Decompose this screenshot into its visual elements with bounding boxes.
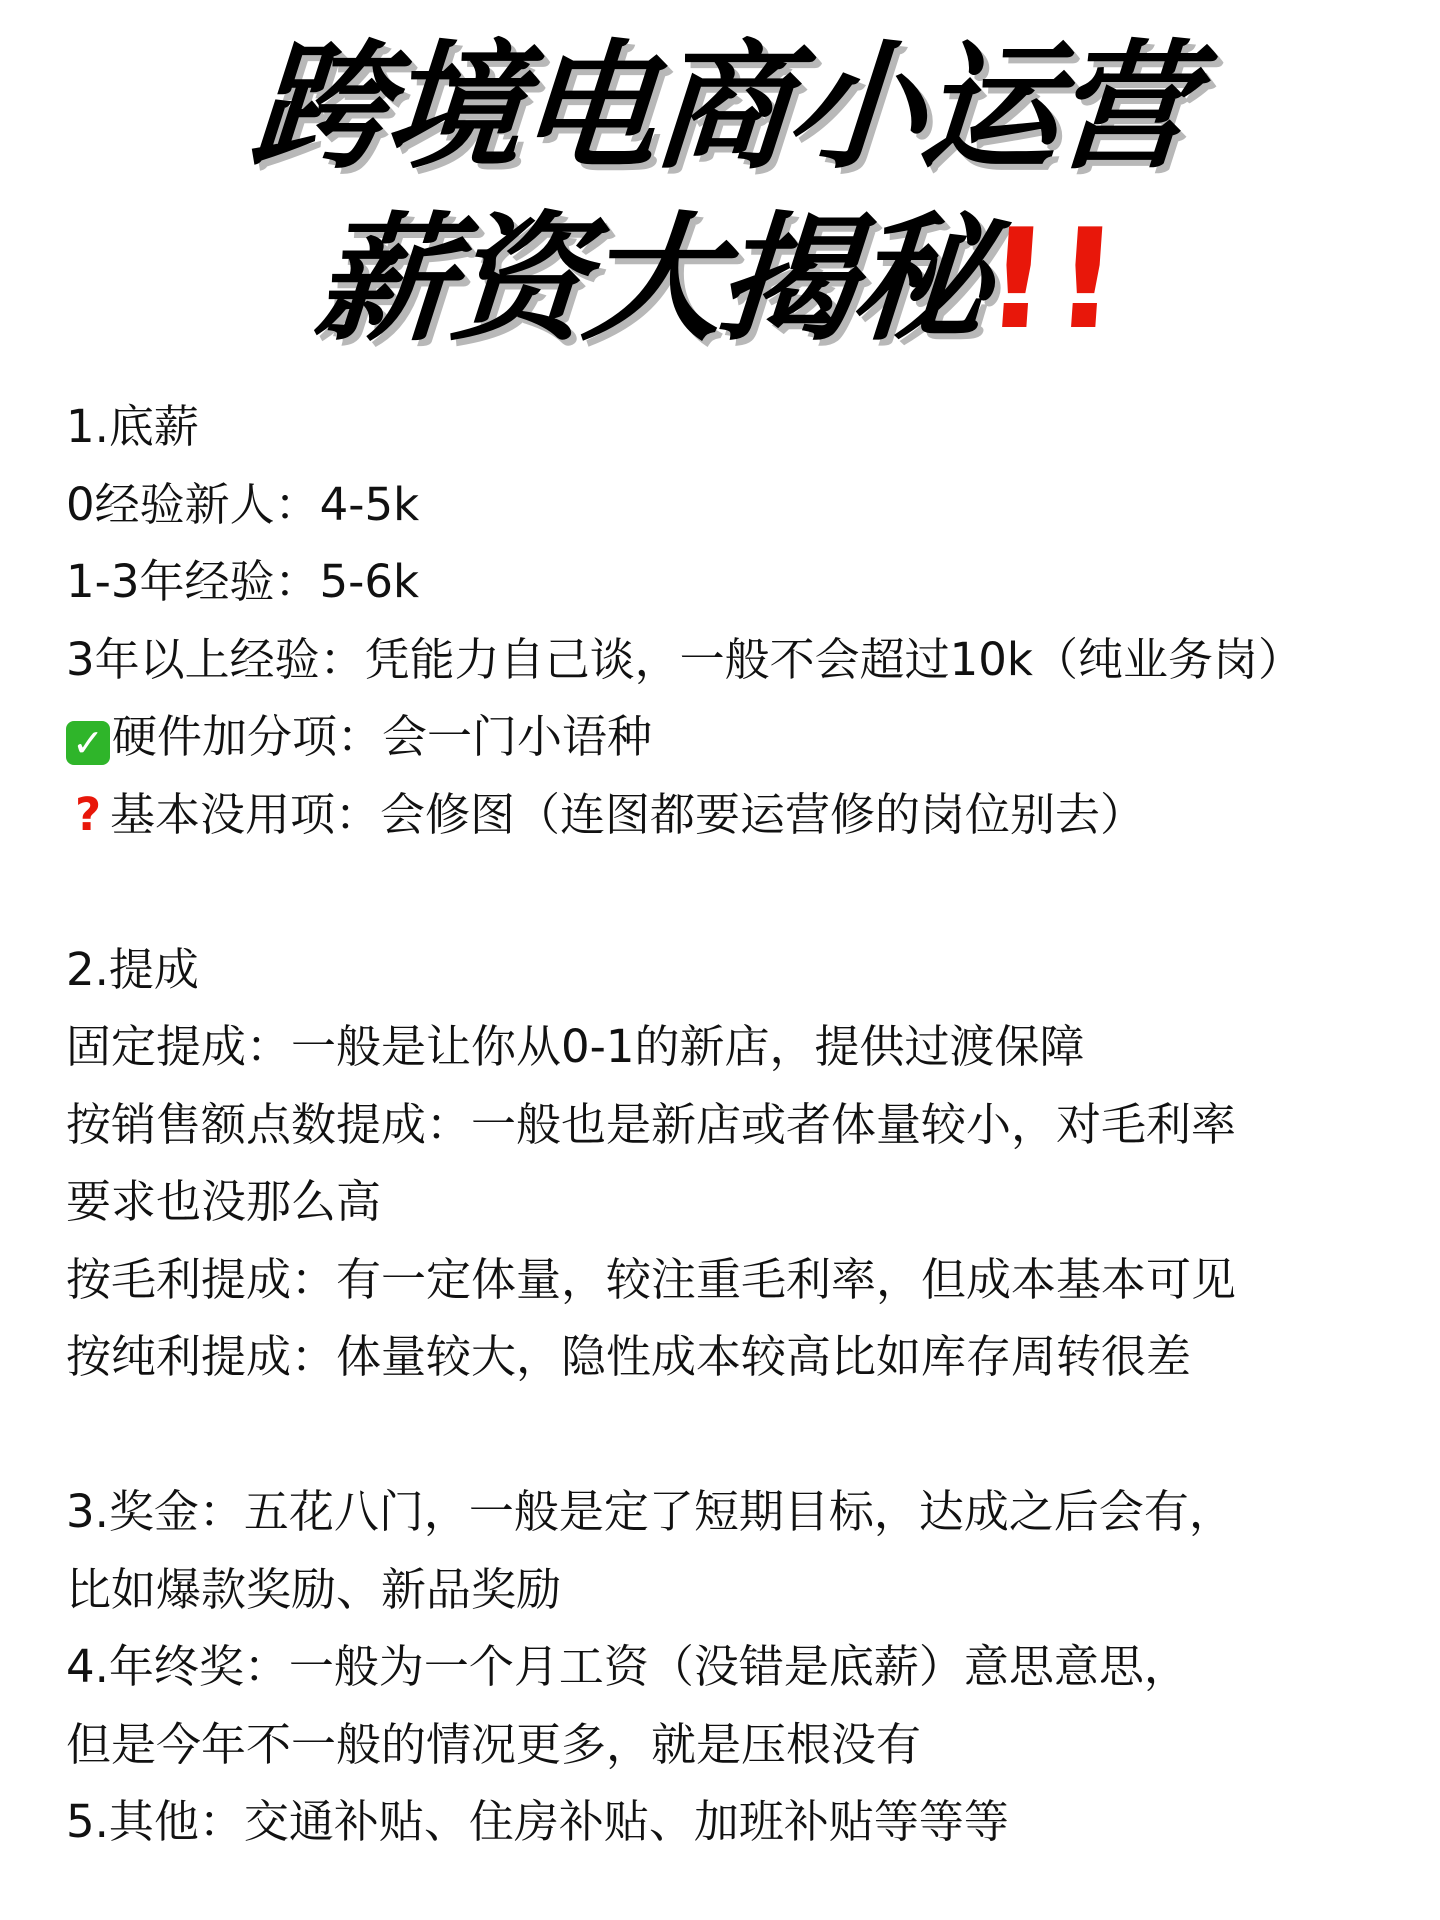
page-title-text: 薪资大揭秘 (310, 199, 991, 360)
list-item: 1-3年经验：5-6k (66, 543, 1426, 621)
spacer (66, 853, 1426, 931)
page-title-line-1: 跨境电商小运营 (0, 28, 1440, 188)
section-heading-commission: 2.提成 (66, 931, 1426, 1009)
double-exclamation-icon: !! (980, 199, 1129, 360)
list-item: 3年以上经验：凭能力自己谈，一般不会超过10k（纯业务岗） (66, 621, 1426, 699)
question-mark-icon: ? (66, 776, 110, 854)
list-item: 固定提成：一般是让你从0-1的新店，提供过渡保障 (66, 1008, 1426, 1086)
section-other: 5.其他：交通补贴、住房补贴、加班补贴等等等 (66, 1783, 1426, 1861)
section-heading-base-salary: 1.底薪 (66, 388, 1426, 466)
section-year-end-cont: 但是今年不一般的情况更多，就是压根没有 (66, 1706, 1426, 1784)
list-item: 0经验新人：4-5k (66, 466, 1426, 544)
list-item: 按销售额点数提成：一般也是新店或者体量较小，对毛利率 (66, 1086, 1426, 1164)
article-body: 1.底薪 0经验新人：4-5k 1-3年经验：5-6k 3年以上经验：凭能力自己… (66, 388, 1426, 1861)
list-item: 要求也没那么高 (66, 1163, 1426, 1241)
list-item: 按毛利提成：有一定体量，较注重毛利率，但成本基本可见 (66, 1241, 1426, 1319)
plus-item: ✓硬件加分项：会一门小语种 (66, 698, 1426, 776)
spacer (66, 1396, 1426, 1474)
minus-item-text: 基本没用项：会修图（连图都要运营修的岗位别去） (110, 788, 1145, 841)
section-bonus: 3.奖金：五花八门，一般是定了短期目标，达成之后会有， (66, 1473, 1426, 1551)
section-year-end: 4.年终奖：一般为一个月工资（没错是底薪）意思意思， (66, 1628, 1426, 1706)
minus-item: ?基本没用项：会修图（连图都要运营修的岗位别去） (66, 776, 1426, 854)
check-mark-icon: ✓ (66, 721, 110, 765)
section-bonus-cont: 比如爆款奖励、新品奖励 (66, 1551, 1426, 1629)
page-title-line-2: 薪资大揭秘!! (0, 200, 1440, 360)
plus-item-text: 硬件加分项：会一门小语种 (112, 710, 652, 763)
list-item: 按纯利提成：体量较大，隐性成本较高比如库存周转很差 (66, 1318, 1426, 1396)
